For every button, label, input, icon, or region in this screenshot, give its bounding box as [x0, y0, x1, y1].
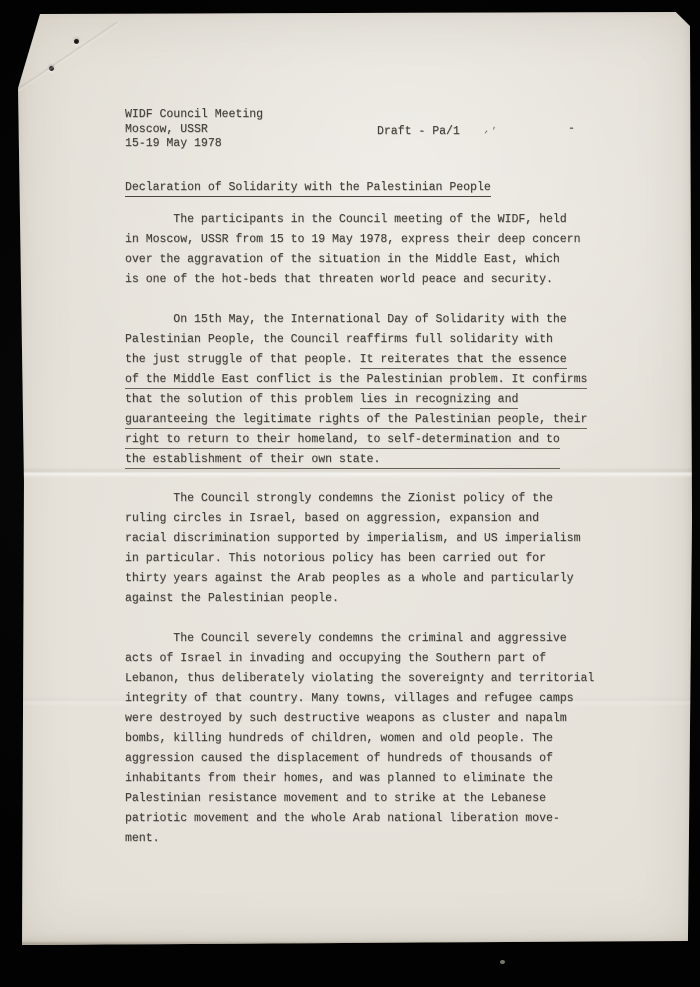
text-line: ruling circles in Israel, based on aggre…	[125, 509, 615, 529]
text-line: the just struggle of that people. It rei…	[125, 350, 615, 370]
text-line: thirty years against the Arab peoples as…	[125, 569, 615, 589]
pencil-underlined-text: of the Middle East conflict is the Pales…	[125, 373, 587, 390]
pencil-underlined-text: guaranteeing the legitimate rights of th…	[125, 413, 587, 430]
text-segment: racial discrimination supported by imper…	[125, 532, 580, 545]
pencil-underlined-text: lies in recognizing and	[360, 393, 519, 410]
text-segment: patriotic movement and the whole Arab na…	[125, 812, 560, 825]
text-segment: in Moscow, USSR from 15 to 19 May 1978, …	[125, 233, 580, 246]
staple-hole	[49, 66, 54, 71]
text-segment: aggression caused the displacement of hu…	[125, 752, 553, 765]
text-line: The participants in the Council meeting …	[125, 210, 615, 230]
text-segment: bombs, killing hundreds of children, wom…	[125, 732, 553, 745]
pencil-check-mark: ,ʹ	[483, 125, 497, 139]
dust-speck	[500, 960, 505, 964]
text-line: Lebanon, thus deliberately violating the…	[125, 669, 615, 689]
text-segment: acts of Israel in invading and occupying…	[125, 652, 546, 665]
text-segment: On 15th May, the International Day of So…	[125, 313, 567, 326]
text-line: The Council strongly condemns the Zionis…	[125, 489, 615, 509]
text-line: the establishment of their own state.	[125, 450, 615, 470]
text-line: of the Middle East conflict is the Pales…	[125, 370, 615, 390]
text-segment: were destroyed by such destructive weapo…	[125, 712, 567, 725]
document-page: WIDF Council MeetingMoscow, USSR15-19 Ma…	[16, 12, 692, 946]
text-segment: in particular. This notorious policy has…	[125, 552, 546, 565]
text-line: inhabitants from their homes, and was pl…	[125, 769, 615, 789]
text-line: On 15th May, the International Day of So…	[125, 310, 615, 330]
paragraph: The Council severely condemns the crimin…	[125, 629, 615, 849]
text-line: in particular. This notorious policy has…	[125, 549, 615, 569]
paragraph: On 15th May, the International Day of So…	[125, 310, 615, 470]
draft-label: Draft - Pa/1	[377, 125, 460, 138]
pencil-underlined-text: the establishment of their own state.	[125, 453, 560, 470]
text-line: integrity of that country. Many towns, v…	[125, 689, 615, 709]
pencil-underlined-text: right to return to their homeland, to se…	[125, 433, 560, 450]
text-segment: thirty years against the Arab peoples as…	[125, 572, 574, 585]
text-segment: The participants in the Council meeting …	[125, 213, 567, 226]
text-segment: is one of the hot-beds that threaten wor…	[125, 273, 553, 286]
text-line: were destroyed by such destructive weapo…	[125, 709, 615, 729]
text-segment: Lebanon, thus deliberately violating the…	[125, 672, 594, 685]
text-segment: that the solution of this problem	[125, 393, 360, 406]
text-line: right to return to their homeland, to se…	[125, 430, 615, 450]
photo-background: WIDF Council MeetingMoscow, USSR15-19 Ma…	[0, 0, 700, 987]
header-line: Moscow, USSR	[125, 123, 263, 138]
text-line: against the Palestinian people.	[125, 589, 615, 609]
document-body: The participants in the Council meeting …	[125, 210, 615, 849]
paragraph: The Council strongly condemns the Zionis…	[125, 489, 615, 609]
staple-hole	[74, 39, 79, 44]
text-line: ment.	[125, 829, 615, 849]
text-line: guaranteeing the legitimate rights of th…	[125, 410, 615, 430]
pencil-dash-mark: -	[568, 122, 575, 135]
text-line: acts of Israel in invading and occupying…	[125, 649, 615, 669]
text-segment: against the Palestinian people.	[125, 592, 339, 605]
corner-crease	[9, 22, 118, 97]
header-line: WIDF Council Meeting	[125, 108, 263, 123]
text-line: over the aggravation of the situation in…	[125, 250, 615, 270]
text-line: Palestinian resistance movement and to s…	[125, 789, 615, 809]
text-line: patriotic movement and the whole Arab na…	[125, 809, 615, 829]
text-line: The Council severely condemns the crimin…	[125, 629, 615, 649]
header-line: 15-19 May 1978	[125, 137, 263, 152]
text-segment: The Council strongly condemns the Zionis…	[125, 492, 553, 505]
text-segment: Palestinian People, the Council reaffirm…	[125, 333, 553, 346]
text-segment: Palestinian resistance movement and to s…	[125, 792, 546, 805]
text-segment: ment.	[125, 832, 160, 845]
text-line: in Moscow, USSR from 15 to 19 May 1978, …	[125, 230, 615, 250]
page-bottom-edge	[16, 941, 692, 946]
text-line: that the solution of this problem lies i…	[125, 390, 615, 410]
text-segment: integrity of that country. Many towns, v…	[125, 692, 574, 705]
document-title: Declaration of Solidarity with the Pales…	[125, 181, 491, 197]
paragraph: The participants in the Council meeting …	[125, 210, 615, 290]
pencil-underlined-text: It reiterates that the essence	[360, 353, 567, 370]
text-segment: inhabitants from their homes, and was pl…	[125, 772, 553, 785]
document-header: WIDF Council MeetingMoscow, USSR15-19 Ma…	[125, 108, 263, 152]
text-segment: The Council severely condemns the crimin…	[125, 632, 567, 645]
text-line: bombs, killing hundreds of children, wom…	[125, 729, 615, 749]
text-segment: ruling circles in Israel, based on aggre…	[125, 512, 539, 525]
text-line: is one of the hot-beds that threaten wor…	[125, 270, 615, 290]
text-line: racial discrimination supported by imper…	[125, 529, 615, 549]
text-segment: over the aggravation of the situation in…	[125, 253, 560, 266]
text-line: aggression caused the displacement of hu…	[125, 749, 615, 769]
text-line: Palestinian People, the Council reaffirm…	[125, 330, 615, 350]
text-segment: the just struggle of that people.	[125, 353, 360, 366]
